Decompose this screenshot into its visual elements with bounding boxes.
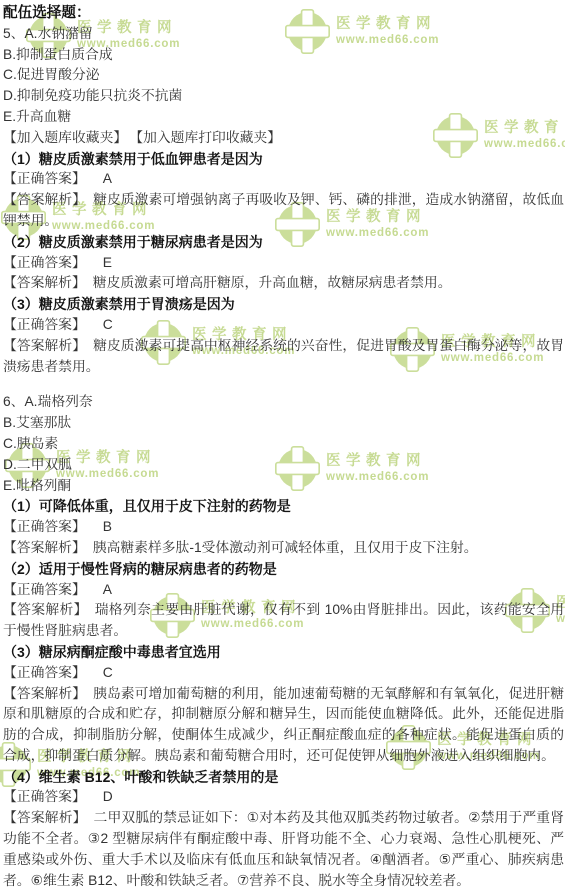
answer-value: C (103, 317, 113, 332)
option-line: B.抑制蛋白质合成 (3, 45, 564, 66)
option-line: D.二甲双胍 (3, 455, 564, 476)
page-title: 配伍选择题： (3, 3, 564, 24)
analysis-label: 【答案解析】 (3, 602, 88, 617)
question-stem: （2）糖皮质激素禁用于糖尿病患者是因为 (3, 232, 564, 253)
option-line: B.艾塞那肽 (3, 413, 564, 434)
question-number: 5、 (3, 26, 24, 41)
answer-line: 【正确答案】B (3, 517, 564, 538)
add-to-favorites-button[interactable]: 【加入题库收藏夹】 (3, 130, 127, 145)
answer-label: 【正确答案】 (3, 789, 86, 804)
question-stem: （1）可降低体重，且仅用于皮下注射的药物是 (3, 496, 564, 517)
page: 医学教育网 www.med66.com 医学教育网 www.med66.com (0, 0, 565, 893)
option-a: A.瑞格列奈 (24, 394, 92, 409)
answer-line: 【正确答案】A (3, 169, 564, 190)
content: 配伍选择题： 5、A.水钠潴留 B.抑制蛋白质合成 C.促进胃酸分泌 D.抑制免… (0, 0, 565, 891)
answer-value: C (103, 665, 113, 680)
answer-value: E (103, 255, 112, 270)
analysis-paragraph: 【答案解析】二甲双胍的禁忌证如下：①对本药及其他双胍类药物过敏者。②禁用于严重肾… (3, 808, 564, 891)
analysis-label: 【答案解析】 (3, 338, 86, 353)
answer-line: 【正确答案】C (3, 663, 564, 684)
answer-label: 【正确答案】 (3, 665, 86, 680)
option-line: C.促进胃酸分泌 (3, 65, 564, 86)
option-line: E.吡格列酮 (3, 476, 564, 497)
add-to-print-favorites-button[interactable]: 【加入题库打印收藏夹】 (136, 130, 281, 145)
question-stem: （3）糖尿病酮症酸中毒患者宜选用 (3, 642, 564, 663)
answer-value: B (103, 519, 112, 534)
answer-label: 【正确答案】 (3, 255, 86, 270)
answer-line: 【正确答案】C (3, 315, 564, 336)
answer-label: 【正确答案】 (3, 317, 86, 332)
question-stem: （1）糖皮质激素禁用于低血钾患者是因为 (3, 149, 564, 170)
question-block-5: 5、A.水钠潴留 B.抑制蛋白质合成 C.促进胃酸分泌 D.抑制免疫功能只抗炎不… (3, 24, 564, 378)
analysis-label: 【答案解析】 (3, 810, 87, 825)
analysis-paragraph: 【答案解析】糖皮质激素可增高肝糖原，升高血糖，故糖尿病患者禁用。 (3, 273, 564, 294)
analysis-label: 【答案解析】 (3, 686, 86, 701)
analysis-text: 糖皮质激素可增强钠离子再吸收及钾、钙、磷的排泄，造成水钠潴留，故低血钾禁用。 (3, 192, 564, 228)
analysis-text: 糖皮质激素可提高中枢神经系统的兴奋性，促进胃酸及胃蛋白酶分泌等，故胃溃疡患者禁用… (3, 338, 564, 374)
answer-value: A (103, 171, 112, 186)
answer-line: 【正确答案】A (3, 580, 564, 601)
analysis-text: 胰高糖素样多肽-1受体激动剂可减轻体重，且仅用于皮下注射。 (93, 540, 478, 555)
analysis-paragraph: 【答案解析】糖皮质激素可增强钠离子再吸收及钾、钙、磷的排泄，造成水钠潴留，故低血… (3, 190, 564, 232)
answer-line: 【正确答案】D (3, 787, 564, 808)
actions-bar: 【加入题库收藏夹】【加入题库打印收藏夹】 (3, 128, 564, 149)
analysis-paragraph: 【答案解析】胰高糖素样多肽-1受体激动剂可减轻体重，且仅用于皮下注射。 (3, 538, 564, 559)
answer-label: 【正确答案】 (3, 519, 86, 534)
option-line: 5、A.水钠潴留 (3, 24, 564, 45)
option-line: 6、A.瑞格列奈 (3, 392, 564, 413)
analysis-paragraph: 【答案解析】胰岛素可增加葡萄糖的利用，能加速葡萄糖的无氧酵解和有氧氧化，促进肝糖… (3, 684, 564, 767)
analysis-text: 二甲双胍的禁忌证如下：①对本药及其他双胍类药物过敏者。②禁用于严重肾功能不全者。… (3, 810, 564, 887)
option-line: C.胰岛素 (3, 434, 564, 455)
analysis-label: 【答案解析】 (3, 540, 86, 555)
analysis-text: 胰岛素可增加葡萄糖的利用，能加速葡萄糖的无氧酵解和有氧氧化，促进肝糖原和肌糖原的… (3, 686, 564, 763)
question-block-6: 6、A.瑞格列奈 B.艾塞那肽 C.胰岛素 D.二甲双胍 E.吡格列酮 （1）可… (3, 392, 564, 891)
option-a: A.水钠潴留 (24, 26, 92, 41)
answer-line: 【正确答案】E (3, 253, 564, 274)
answer-value: D (103, 789, 113, 804)
analysis-text: 糖皮质激素可增高肝糖原，升高血糖，故糖尿病患者禁用。 (93, 275, 452, 290)
question-number: 6、 (3, 394, 24, 409)
option-line: E.升高血糖 (3, 107, 564, 128)
answer-value: A (103, 582, 112, 597)
analysis-paragraph: 【答案解析】糖皮质激素可提高中枢神经系统的兴奋性，促进胃酸及胃蛋白酶分泌等，故胃… (3, 336, 564, 378)
analysis-paragraph: 【答案解析】瑞格列奈主要由肝脏代谢，仅有不到 10%由肾脏排出。因此，该药能安全… (3, 600, 564, 642)
question-stem: （2）适用于慢性肾病的糖尿病患者的药物是 (3, 559, 564, 580)
option-line: D.抑制免疫功能只抗炎不抗菌 (3, 86, 564, 107)
answer-label: 【正确答案】 (3, 171, 86, 186)
answer-label: 【正确答案】 (3, 582, 86, 597)
question-stem: （3）糖皮质激素禁用于胃溃疡是因为 (3, 294, 564, 315)
analysis-label: 【答案解析】 (3, 275, 86, 290)
analysis-label: 【答案解析】 (3, 192, 86, 207)
question-stem: （4）维生素 B12、叶酸和铁缺乏者禁用的是 (3, 767, 564, 788)
